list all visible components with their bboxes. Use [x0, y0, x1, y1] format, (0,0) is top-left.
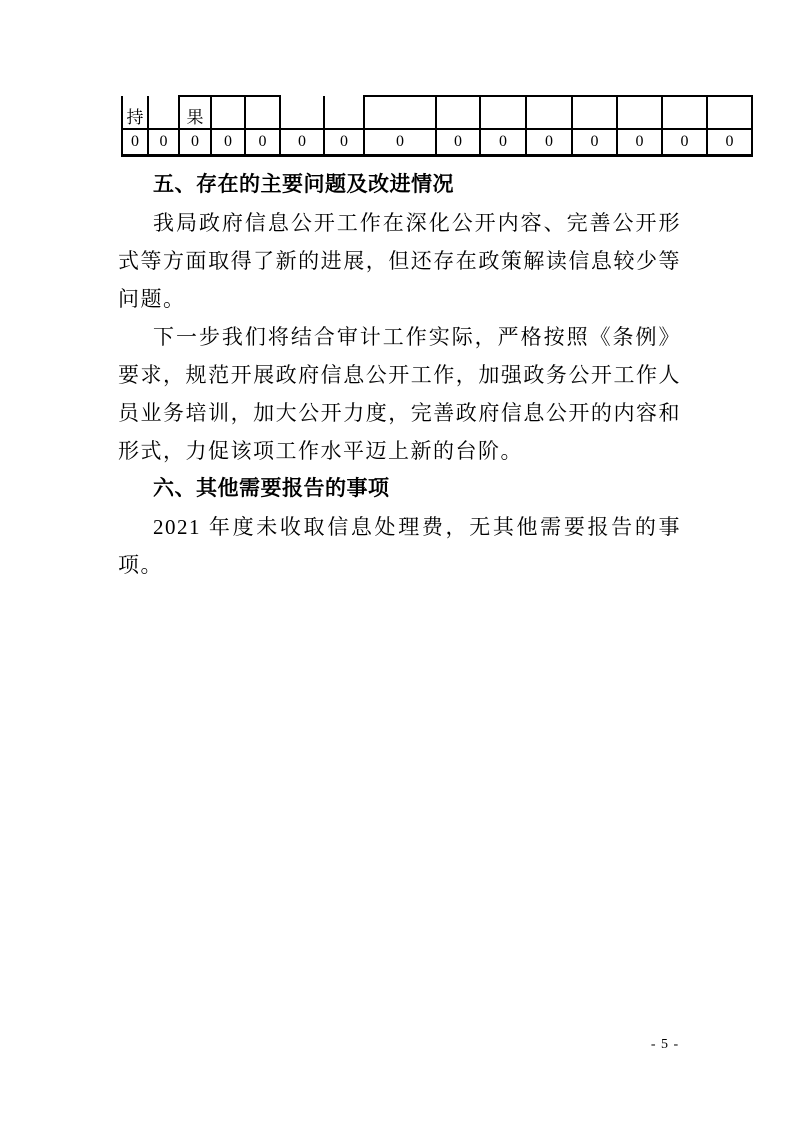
table-cell: 果	[179, 96, 211, 129]
section-heading-five: 五、存在的主要问题及改进情况	[118, 166, 681, 204]
table-cell: 0	[617, 129, 662, 156]
table-cell: 0	[179, 129, 211, 156]
table-cell	[436, 96, 480, 129]
table-cell: 0	[324, 129, 364, 156]
paragraph: 2021 年度未收取信息处理费，无其他需要报告的事项。	[118, 508, 681, 584]
paragraph: 我局政府信息公开工作在深化公开内容、完善公开形式等方面取得了新的进展，但还存在政…	[118, 204, 681, 318]
table-cell	[211, 96, 245, 129]
table-cell	[662, 96, 707, 129]
table-cell: 0	[148, 129, 179, 156]
table-cell	[364, 96, 436, 129]
table-cell: 0	[480, 129, 526, 156]
section-heading-six: 六、其他需要报告的事项	[118, 470, 681, 508]
table-cell: 0	[436, 129, 480, 156]
table-cell: 0	[526, 129, 572, 156]
paragraph: 下一步我们将结合审计工作实际，严格按照《条例》要求，规范开展政府信息公开工作，加…	[118, 318, 681, 470]
statistics-table-continued: 持 果 0 0 0 0 0	[121, 95, 753, 157]
table-cell: 0	[662, 129, 707, 156]
table-row-values: 0 0 0 0 0 0 0 0 0 0 0 0 0 0 0	[122, 129, 752, 156]
table-cell: 0	[707, 129, 752, 156]
table-cell	[707, 96, 752, 129]
table-cell	[324, 96, 364, 129]
document-body: 五、存在的主要问题及改进情况 我局政府信息公开工作在深化公开内容、完善公开形式等…	[118, 166, 681, 584]
table-cell	[280, 96, 324, 129]
table-cell: 0	[280, 129, 324, 156]
table-cell	[245, 96, 280, 129]
table-cell: 0	[245, 129, 280, 156]
table-cell: 持	[122, 96, 148, 129]
table-cell: 0	[572, 129, 617, 156]
table-cell	[617, 96, 662, 129]
table-cell	[572, 96, 617, 129]
table-cell: 0	[211, 129, 245, 156]
table-cell	[526, 96, 572, 129]
table-cell	[480, 96, 526, 129]
table-cell	[148, 96, 179, 129]
table-cell: 0	[364, 129, 436, 156]
document-page: 持 果 0 0 0 0 0	[0, 0, 793, 1122]
page-number: - 5 -	[645, 1036, 685, 1054]
table-row-partial-header: 持 果	[122, 96, 752, 129]
table-cell: 0	[122, 129, 148, 156]
